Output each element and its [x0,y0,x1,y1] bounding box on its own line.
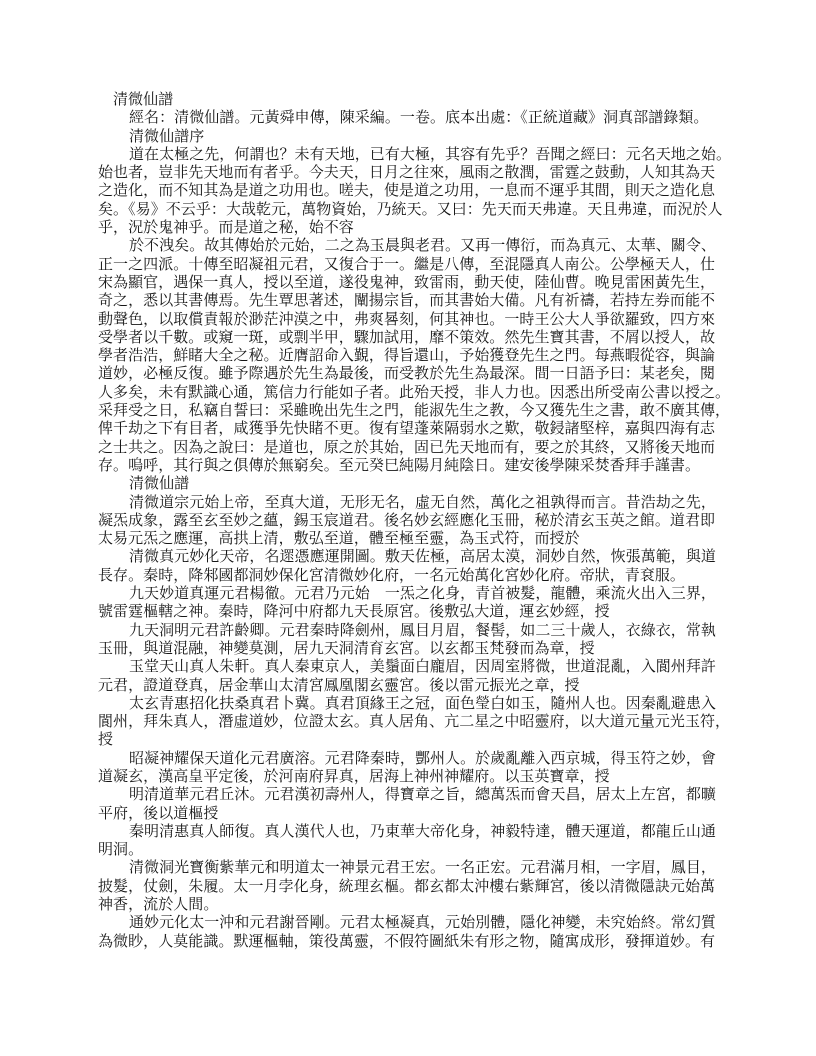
text-line: 清微仙譜序 [98,128,720,146]
text-line: 凝炁成象，露至玄至妙之蘊，錫玉宸道君。後名妙玄經應化玉冊，秘於清玄玉英之館。道君… [98,512,720,530]
text-line: 九天洞明元君許齡卿。元君秦時降劍州，鳳目月眉，餐髻，如二三十歲人，衣綠衣，常執 [98,622,720,640]
text-line: 道凝玄，漢高皇平定後，於河南府昇真，居海上神州神耀府。以玉英寶章，授 [98,768,720,786]
text-line: 明清道華元君丘沐。元君漢初壽州人，得寶章之旨，總萬炁而會天昌，居太上左宮，都曠 [98,786,720,804]
text-line: 之造化，而不知其為是道之功用也。嗟夫，使是道之功用，一息而不運乎其間，則天之造化… [98,182,720,200]
text-line: 清微仙譜 [98,475,720,493]
text-line: 俾千劫之下有目者，咸獲爭先快睹不更。復有望蓬萊隔弱水之歎，敬鋟諸堅梓，嘉與四海有… [98,420,720,438]
text-line: 玉堂天山真人朱軒。真人秦東京人，美鬚面白龐眉，因周室將微，世道混亂，入閬州拜許 [98,658,720,676]
text-line: 道在太極之先，何謂也？未有天地，已有大極，其容有先乎？吾聞之經曰：元名天地之始。 [98,146,720,164]
text-line: 披髮，仗劍，朱履。太一月孛化身，統理玄樞。都玄都太沖樓右紫輝宮，後以清微隱訣元始… [98,878,720,896]
text-line: 清微仙譜 [98,91,720,109]
text-line: 學者浩浩，鮮睹大全之秘。近膺詔命入覲，得旨還山，予始獲登先生之門。每燕暇從容，與… [98,347,720,365]
text-line: 清微洞光寶衡紫華元和明道太一神景元君王宏。一名正宏。元君滿月相，一字眉，鳳目， [98,859,720,877]
text-line: 存。嗚呼，其行與之俱傳於無窮矣。至元癸巳純陽月純陰日。建安後學陳采焚香拜手謹書。 [98,457,720,475]
text-line: 奇之，悉以其書傳焉。先生覃思著述，闡揚宗旨，而其書始大備。凡有祈禱，若持左券而能… [98,292,720,310]
text-line: 秦明清惠真人師復。真人漢代人也，乃東華大帝化身，神毅特達，體天運道，都龍丘山通 [98,823,720,841]
text-line: 經名：清微仙譜。元黃舜申傳，陳采編。一卷。底本出處：《正統道藏》洞真部譜錄類。 [98,109,720,127]
text-line: 宋為顯官，遇保一真人，授以至道，遂役鬼神，致雷雨，動天使，陸仙曹。晚見雷困黃先生… [98,274,720,292]
text-line: 乎，況於鬼神乎。而是道之秘，始不容 [98,219,720,237]
text-line: 長存。秦時，降邾國都洞妙保化宮清微妙化府，一名元始萬化宮妙化府。帝狀，青袞服。 [98,567,720,585]
text-line: 授 [98,731,720,749]
text-line: 道妙，必極反復。雖予際遇於先生為最後，而受教於先生為最深。間一日語予曰：某老矣，… [98,365,720,383]
text-line: 通妙元化太一沖和元君謝晉剛。元君太極凝真，元始別體，隱化神變，未究始終。常幻質 [98,914,720,932]
document-text-block: 清微仙譜經名：清微仙譜。元黃舜申傳，陳采編。一卷。底本出處：《正統道藏》洞真部譜… [98,91,720,951]
text-line: 清微道宗元始上帝，至真大道，无形无名，虛无自然，萬化之祖孰得而言。昔浩劫之先， [98,494,720,512]
text-line: 明洞。 [98,841,720,859]
text-line: 神香，流於人間。 [98,896,720,914]
text-line: 為微眇，人莫能識。默運樞軸，策役萬靈，不假符圖紙朱有形之物，隨寓成形，發揮道妙。… [98,933,720,951]
text-line: 正一之四派。十傳至昭凝祖元君，又復合于一。繼是八傳，至混隱真人南公。公學極天人，… [98,256,720,274]
text-line: 九天妙道真運元君楊徹。元君乃元始 一炁之化身，青首被髮，龍體，乘流火出入三界， [98,585,720,603]
document-page: 清微仙譜經名：清微仙譜。元黃舜申傳，陳采編。一卷。底本出處：《正統道藏》洞真部譜… [0,0,816,1056]
text-line: 之士共之。因為之說曰：是道也，原之於其始，固已先天地而有，要之於其終，又將後天地… [98,439,720,457]
text-line: 閬州，拜朱真人，潛虛道妙，位證太玄。真人居角、亢二星之中昭靈府，以大道元量元光玉… [98,713,720,731]
text-line: 人多矣，未有默識心通，篤信力行能如子者。此殆天授，非人力也。因悉出所受南公書以授… [98,384,720,402]
text-line: 清微真元妙化天帝，名遝憑應運開圖。敷天佐極，高居太漠，洞妙自然，恢張萬範，與道 [98,548,720,566]
text-line: 號雷霆樞轄之神。秦時，降河中府都九天長原宮。後敷弘大道，運玄妙經，授 [98,603,720,621]
text-line: 元君，證道登真，居金華山太清宮鳳凰閣玄靈宮。後以雷元振光之章，授 [98,677,720,695]
text-line: 平府，後以道樞授 [98,805,720,823]
text-line: 始也者，豈非先天地而有者乎。今夫天，日月之往來，風雨之散潤，雷霆之鼓動，人知其為… [98,164,720,182]
text-line: 矣。《易》不云乎：大哉乾元，萬物資始，乃統天。又曰：先天而天弗違。天且弗違，而況… [98,201,720,219]
text-line: 受學者以千數。或窺一斑，或剽半甲，驟加試用，靡不策效。然先生寶其書，不屑以授人，… [98,329,720,347]
text-line: 太易元炁之應運，高拱上清，敷弘至道，體至極至靈，為玉式符，而授於 [98,530,720,548]
text-line: 采拜受之日，私竊自誓曰：采雖晚出先生之門，能淑先生之教，今又獲先生之書，敢不廣其… [98,402,720,420]
text-line: 動聲色，以取償責報於渺茫沖漠之中，弗爽晷刻，何其神也。一時王公大人爭欲羅致，四方… [98,311,720,329]
text-line: 玉冊，與道混融，神變莫測，居九天洞清育玄宮。以玄都玉梵發而為章，授 [98,640,720,658]
text-line: 於不洩矣。故其傳始於元始，二之為玉晨與老君。又再一傳衍，而為真元、太華、關令、 [98,237,720,255]
text-line: 昭凝神耀保天道化元君廣溶。元君降秦時，酆州人。於歲亂離入西京城，得玉符之妙，會 [98,750,720,768]
text-line: 太玄青惠招化扶桑真君卜冀。真君頂緣王之冠，面色瑩白如玉，隨州人也。因秦亂避患入 [98,695,720,713]
